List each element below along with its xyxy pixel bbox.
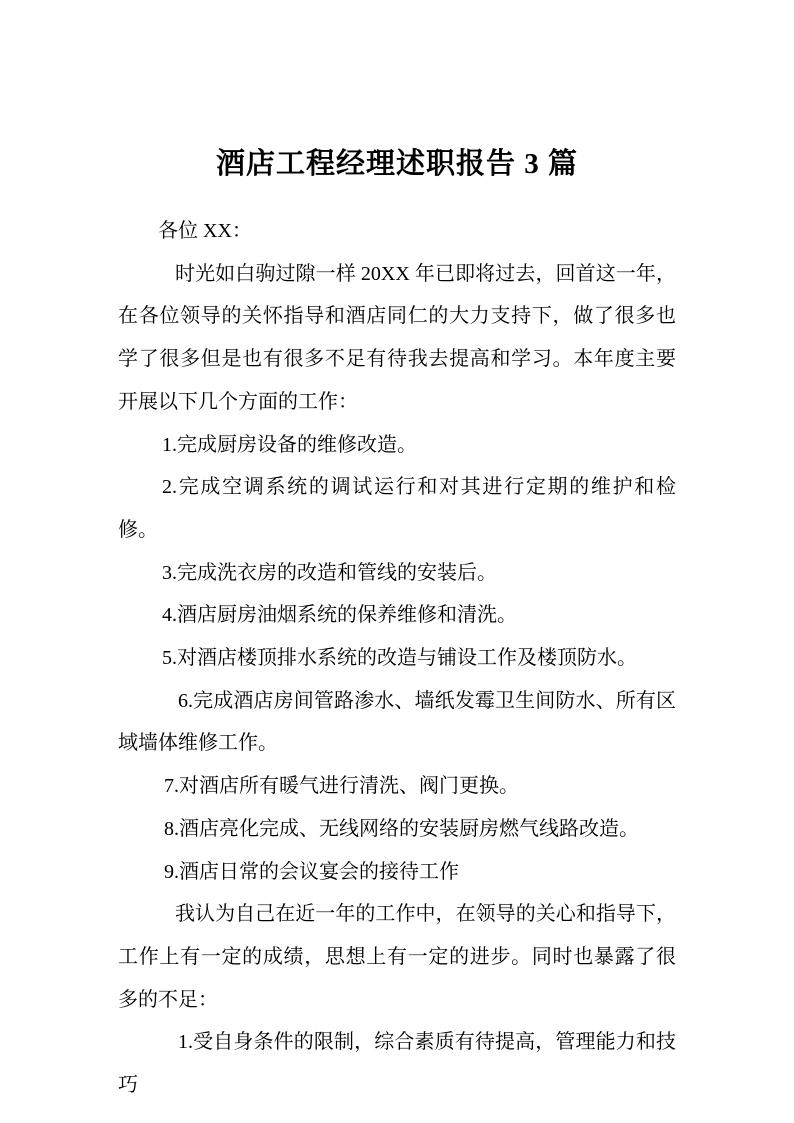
list-item-8: 8.酒店亮化完成、无线网络的安装厨房燃气线路改造。 (118, 808, 676, 851)
list-item-6: 6.完成酒店房间管路渗水、墙纸发霉卫生间防水、所有区域墙体维修工作。 (118, 680, 676, 765)
list-item-9: 9.酒店日常的会议宴会的接待工作 (118, 851, 676, 894)
list-item-7: 7.对酒店所有暖气进行清洗、阀门更换。 (118, 765, 676, 808)
paragraph-self-assessment: 我认为自己在近一年的工作中，在领导的关心和指导下，工作上有一定的成绩，思想上有一… (118, 893, 676, 1021)
paragraph-intro: 时光如白驹过隙一样 20XX 年已即将过去，回首这一年，在各位领导的关怀指导和酒… (118, 253, 676, 424)
document-body: 各位 XX： 时光如白驹过隙一样 20XX 年已即将过去，回首这一年，在各位领导… (118, 210, 676, 1107)
list-item-3: 3.完成洗衣房的改造和管线的安装后。 (118, 552, 676, 595)
list-item-2: 2.完成空调系统的调试运行和对其进行定期的维护和检修。 (118, 466, 676, 551)
list-item-4: 4.酒店厨房油烟系统的保养维修和清洗。 (118, 594, 676, 637)
list-item-5: 5.对酒店楼顶排水系统的改造与铺设工作及楼顶防水。 (118, 637, 676, 680)
list-item-1: 1.完成厨房设备的维修改造。 (118, 424, 676, 467)
document-page: 酒店工程经理述职报告 3 篇 各位 XX： 时光如白驹过隙一样 20XX 年已即… (0, 0, 794, 1123)
paragraph-salutation: 各位 XX： (118, 210, 676, 253)
document-title: 酒店工程经理述职报告 3 篇 (118, 140, 676, 188)
paragraph-shortcoming-1: 1.受自身条件的限制，综合素质有待提高，管理能力和技巧 (118, 1021, 676, 1106)
